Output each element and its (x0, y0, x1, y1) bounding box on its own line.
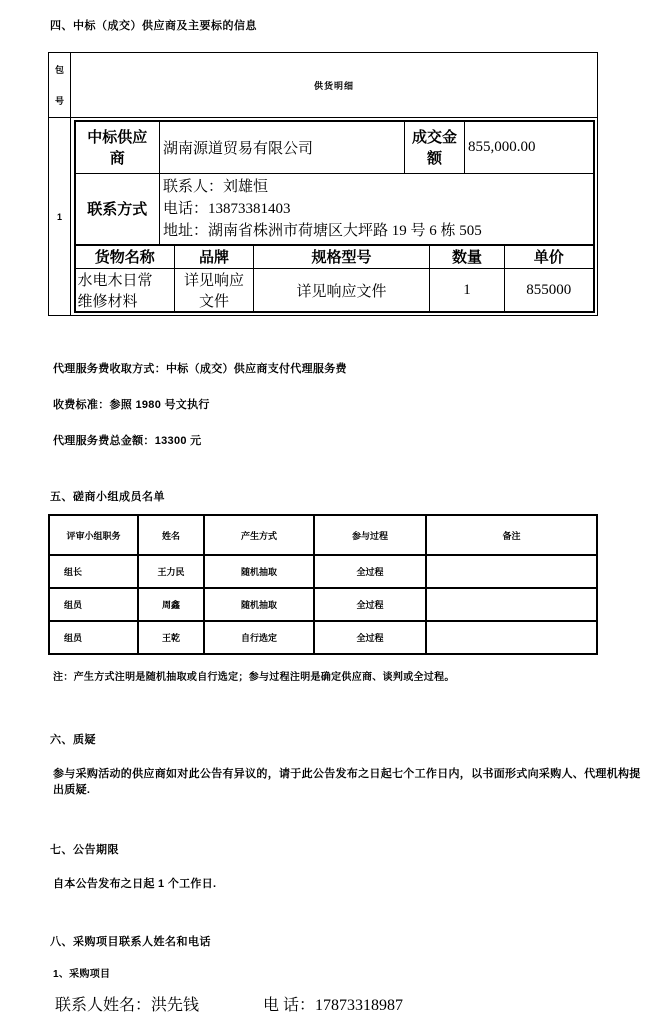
member-header-method: 产生方式 (204, 515, 314, 555)
project-contact-phone: 电 话：17873318987 (263, 997, 403, 1012)
goods-header-name: 货物名称 (75, 245, 175, 269)
agency-fee-method-line: 代理服务费收取方式：中标（成交）供应商支付代理服务费 (53, 360, 646, 376)
award-header-row: 包号 供货明细 (49, 53, 598, 118)
goods-data-row: 水电木日常维修材料 详见响应文件 详见响应文件 1 855000 (75, 269, 594, 313)
agency-fee-total-line: 代理服务费总金额：13300 元 (53, 432, 646, 448)
member-header-name: 姓名 (138, 515, 204, 555)
member-header-row: 评审小组职务 姓名 产生方式 参与过程 备注 (49, 515, 597, 555)
contact-label-cell: 联系方式 (75, 173, 160, 245)
member-process-cell: 全过程 (314, 555, 426, 588)
question-section-title: 六、质疑 (50, 731, 646, 747)
goods-header-qty: 数量 (430, 245, 505, 269)
member-row: 组员 王乾 自行选定 全过程 (49, 621, 597, 654)
member-header-remark: 备注 (426, 515, 597, 555)
supply-detail-header-cell: 供货明细 (71, 53, 598, 118)
goods-header-brand: 品牌 (175, 245, 254, 269)
goods-header-spec: 规格型号 (254, 245, 430, 269)
award-nested-cell: 中标供应商 湖南源道贸易有限公司 成交金额 855,000.00 联系方式 (71, 118, 598, 316)
goods-name-cell: 水电木日常维修材料 (75, 269, 175, 313)
package-no-header-cell: 包号 (49, 53, 71, 118)
member-role-cell: 组长 (49, 555, 138, 588)
contact-section-title: 八、采购项目联系人姓名和电话 (50, 933, 646, 949)
member-name-cell: 周鑫 (138, 588, 204, 621)
contact-info-cell: 联系人：刘雄恒 电话：13873381403 地址：湖南省株洲市荷塘区大坪路 1… (160, 173, 594, 245)
award-data-row: 1 中标供应商 湖南源道贸易有限公司 成交金额 (49, 118, 598, 316)
member-table: 评审小组职务 姓名 产生方式 参与过程 备注 组长 王力民 随机抽取 全过程 组… (48, 514, 598, 655)
award-section-title: 四、中标（成交）供应商及主要标的信息 (50, 0, 646, 33)
contact-person-line: 联系人：刘雄恒 (163, 176, 593, 198)
member-method-cell: 随机抽取 (204, 555, 314, 588)
contact-address-line: 地址：湖南省株洲市荷塘区大坪路 19 号 6 栋 505 (163, 220, 593, 242)
member-header-role: 评审小组职务 (49, 515, 138, 555)
member-method-cell: 自行选定 (204, 621, 314, 654)
goods-qty-cell: 1 (430, 269, 505, 313)
supplier-info-table: 中标供应商 湖南源道贸易有限公司 成交金额 855,000.00 联系方式 (74, 120, 595, 246)
question-body: 参与采购活动的供应商如对此公告有异议的，请于此公告发布之日起七个工作日内，以书面… (53, 765, 646, 797)
goods-name-text: 水电木日常维修材料 (78, 269, 156, 311)
period-section-title: 七、公告期限 (50, 841, 646, 857)
project-contact-line: 联系人姓名：洪先钱电 话：17873318987 (55, 992, 646, 1012)
member-remark-cell (426, 555, 597, 588)
member-method-cell: 随机抽取 (204, 588, 314, 621)
period-body: 自本公告发布之日起 1 个工作日. (53, 875, 646, 891)
member-process-cell: 全过程 (314, 588, 426, 621)
project-subtitle: 1、采购项目 (53, 965, 646, 980)
goods-header-row: 货物名称 品牌 规格型号 数量 单价 (75, 245, 594, 269)
member-note: 注：产生方式注明是随机抽取或自行选定；参与过程注明是确定供应商、谈判或全过程。 (53, 668, 646, 683)
member-name-cell: 王力民 (138, 555, 204, 588)
deal-amount-label: 成交金额 (410, 126, 460, 168)
member-name-cell: 王乾 (138, 621, 204, 654)
award-table: 包号 供货明细 1 中标供应商 湖南源道贸易有限公司 (48, 52, 598, 316)
goods-brand-text: 详见响应文件 (182, 269, 246, 311)
goods-table: 货物名称 品牌 规格型号 数量 单价 水电木日常维修材料 (74, 244, 595, 314)
project-contact-name: 联系人姓名：洪先钱 (55, 997, 199, 1012)
contact-phone-line: 电话：13873381403 (163, 198, 593, 220)
supplier-label: 中标供应商 (86, 126, 148, 168)
deal-amount-label-cell: 成交金额 (405, 121, 465, 173)
member-row: 组员 周鑫 随机抽取 全过程 (49, 588, 597, 621)
member-role-cell: 组员 (49, 588, 138, 621)
member-role-cell: 组员 (49, 621, 138, 654)
supplier-row: 中标供应商 湖南源道贸易有限公司 成交金额 855,000.00 (75, 121, 594, 173)
document-page: 四、中标（成交）供应商及主要标的信息 包号 供货明细 1 中标供应商 (0, 0, 654, 1012)
supplier-name-cell: 湖南源道贸易有限公司 (160, 121, 405, 173)
goods-spec-cell: 详见响应文件 (254, 269, 430, 313)
goods-brand-cell: 详见响应文件 (175, 269, 254, 313)
package-no-value-cell: 1 (49, 118, 71, 316)
member-row: 组长 王力民 随机抽取 全过程 (49, 555, 597, 588)
deal-amount-value-cell: 855,000.00 (465, 121, 594, 173)
member-process-cell: 全过程 (314, 621, 426, 654)
member-remark-cell (426, 621, 597, 654)
member-header-process: 参与过程 (314, 515, 426, 555)
contact-row: 联系方式 联系人：刘雄恒 电话：13873381403 地址：湖南省株洲市荷塘区… (75, 173, 594, 245)
goods-header-price: 单价 (505, 245, 594, 269)
goods-price-cell: 855000 (505, 269, 594, 313)
agency-fee-standard-line: 收费标准：参照 1980 号文执行 (53, 396, 646, 412)
member-remark-cell (426, 588, 597, 621)
panel-section-title: 五、磋商小组成员名单 (50, 488, 646, 504)
supplier-label-cell: 中标供应商 (75, 121, 160, 173)
